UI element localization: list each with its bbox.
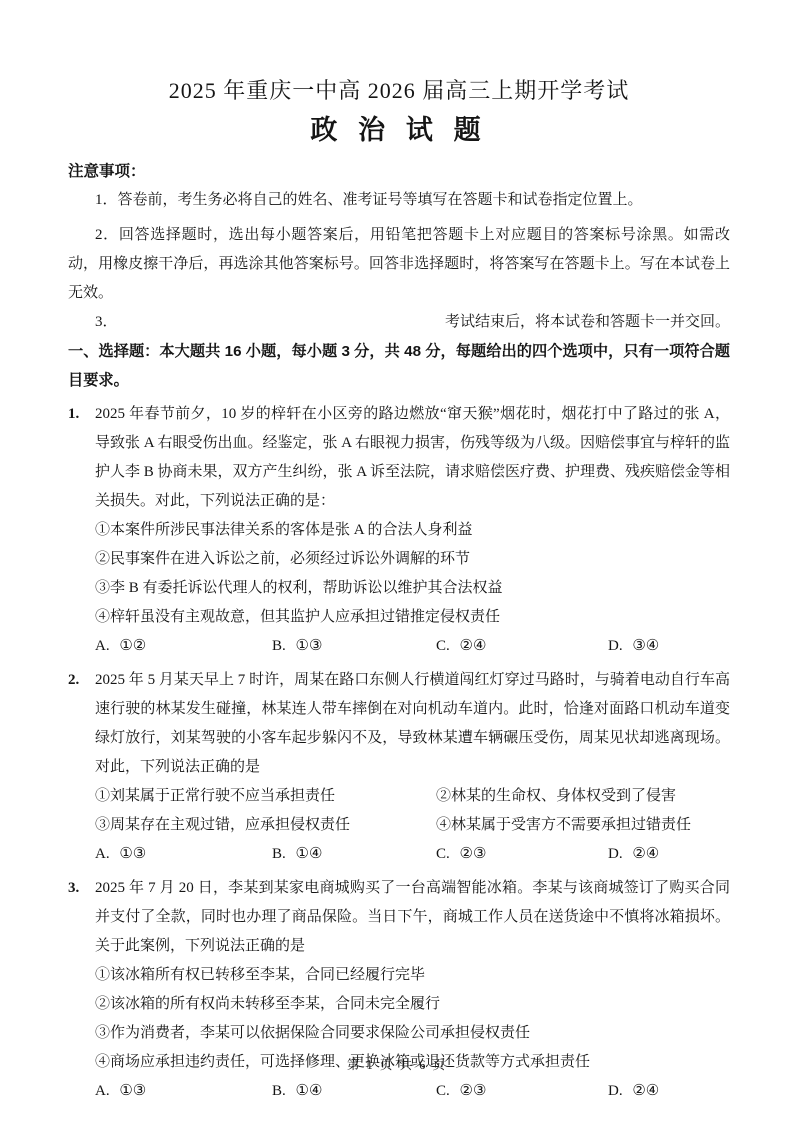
statement-item: ②民事案件在进入诉讼之前，必须经过诉讼外调解的环节	[95, 545, 730, 574]
question-3-choices: A. ①③ B. ①④ C. ②③ D. ②④	[95, 1077, 730, 1106]
notice-item-1: 1．答卷前，考生务必将自己的姓名、准考证号等填写在答题卡和试卷指定位置上。	[68, 186, 730, 215]
choice-item: D. ②④	[608, 840, 730, 869]
subject-title: 政 治 试 题	[68, 111, 730, 149]
choice-item: C. ②③	[436, 1077, 608, 1106]
choice-item: A. ①③	[95, 840, 272, 869]
statement-item: ①刘某属于正常行驶不应当承担责任	[95, 782, 436, 811]
question-1: 1. 2025 年春节前夕，10 岁的梓轩在小区旁的路边燃放“窜天猴”烟花时，烟…	[68, 400, 730, 661]
question-2: 2. 2025 年 5 月某天早上 7 时许，周某在路口东侧人行横道闯红灯穿过马…	[68, 666, 730, 869]
choice-item: C. ②④	[436, 632, 608, 661]
choice-item: A. ①②	[95, 632, 272, 661]
choice-item: D. ②④	[608, 1077, 730, 1106]
statement-item: ①本案件所涉民事法律关系的客体是张 A 的合法人身利益	[95, 516, 730, 545]
statement-item: ④梓轩虽没有主观故意，但其监护人应承担过错推定侵权责任	[95, 603, 730, 632]
question-2-stem: 2025 年 5 月某天早上 7 时许，周某在路口东侧人行横道闯红灯穿过马路时，…	[95, 666, 730, 782]
notice-item-3-number: 3．	[68, 308, 118, 337]
statement-item: ④林某属于受害方不需要承担过错责任	[436, 811, 730, 840]
question-2-number: 2.	[68, 666, 95, 869]
page-footer: 第 1 页 共 6 页	[0, 1058, 794, 1073]
question-1-choices: A. ①② B. ①③ C. ②④ D. ③④	[95, 632, 730, 661]
statement-item: ①该冰箱所有权已转移至李某，合同已经履行完毕	[95, 961, 730, 990]
notice-item-2: 2．回答选择题时，选出每小题答案后，用铅笔把答题卡上对应题目的答案标号涂黑。如需…	[68, 221, 730, 308]
question-1-number: 1.	[68, 400, 95, 661]
exam-paper-page: 2025 年重庆一中高 2026 届高三上期开学考试 政 治 试 题 注意事项：…	[0, 0, 794, 1123]
question-2-statements: ①刘某属于正常行驶不应当承担责任 ②林某的生命权、身体权受到了侵害 ③周某存在主…	[95, 782, 730, 840]
section-heading: 一、选择题：本大题共 16 小题，每小题 3 分，共 48 分，每题给出的四个选…	[68, 337, 730, 395]
notice-item-3: 3． 考试结束后，将本试卷和答题卡一并交回。	[68, 308, 730, 337]
choice-item: D. ③④	[608, 632, 730, 661]
statement-item: ③周某存在主观过错，应承担侵权责任	[95, 811, 436, 840]
notices-heading: 注意事项：	[68, 157, 730, 186]
notice-item-3-text: 考试结束后，将本试卷和答题卡一并交回。	[445, 308, 730, 337]
question-2-choices: A. ①③ B. ①④ C. ②③ D. ②④	[95, 840, 730, 869]
choice-item: C. ②③	[436, 840, 608, 869]
statement-item: ③李 B 有委托诉讼代理人的权利，帮助诉讼以维护其合法权益	[95, 574, 730, 603]
question-3-stem: 2025 年 7 月 20 日，李某到某家电商城购买了一台高端智能冰箱。李某与该…	[95, 874, 730, 961]
choice-item: A. ①③	[95, 1077, 272, 1106]
choice-item: B. ①③	[272, 632, 436, 661]
statement-item: ②林某的生命权、身体权受到了侵害	[436, 782, 730, 811]
choice-item: B. ①④	[272, 840, 436, 869]
statement-item: ③作为消费者，李某可以依据保险合同要求保险公司承担侵权责任	[95, 1019, 730, 1048]
statement-item: ②该冰箱的所有权尚未转移至李某，合同未完全履行	[95, 990, 730, 1019]
question-1-stem: 2025 年春节前夕，10 岁的梓轩在小区旁的路边燃放“窜天猴”烟花时，烟花打中…	[95, 400, 730, 516]
choice-item: B. ①④	[272, 1077, 436, 1106]
question-1-statements: ①本案件所涉民事法律关系的客体是张 A 的合法人身利益 ②民事案件在进入诉讼之前…	[95, 516, 730, 632]
exam-title: 2025 年重庆一中高 2026 届高三上期开学考试	[68, 76, 730, 106]
